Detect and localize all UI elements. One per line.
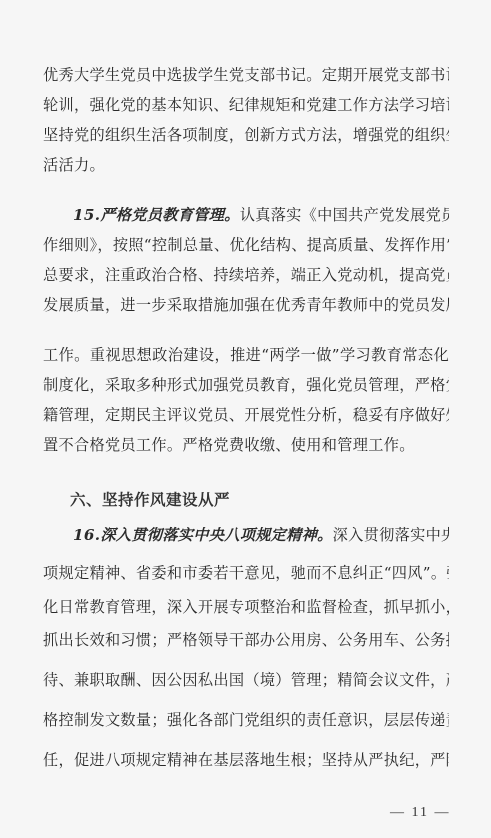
paragraph-line: 优秀大学生党员中选拔学生党支部书记。定期开展党支部书记 — [43, 65, 449, 85]
paragraph-line: 发展质量，进一步采取措施加强在优秀青年教师中的党员发展 — [43, 295, 449, 315]
paragraph-line: 坚持党的组织生活各项制度，创新方式方法，增强党的组织生 — [43, 125, 449, 145]
paragraph-line: 籍管理，定期民主评议党员、开展党性分析，稳妥有序做好处 — [43, 405, 449, 425]
paragraph-line: 工作。重视思想政治建设，推进“两学一做”学习教育常态化 — [43, 345, 449, 365]
item-15-text: 认真落实《中国共产党发展党员工 — [240, 206, 449, 224]
item-16-first-line: 16.深入贯彻落实中央八项规定精神。深入贯彻落实中央八 — [73, 525, 449, 545]
item-16-text: 深入贯彻落实中央八 — [333, 526, 449, 544]
paragraph-line: 制度化，采取多种形式加强党员教育，强化党员管理，严格党 — [43, 375, 449, 395]
paragraph-line: 置不合格党员工作。严格党费收缴、使用和管理工作。 — [43, 435, 449, 455]
page-number: — 11 — — [390, 805, 450, 821]
item-16-title: 16.深入贯彻落实中央八项规定精神。 — [73, 526, 333, 544]
paragraph-line: 待、兼职取酬、因公因私出国（境）管理；精简会议文件，严 — [43, 670, 449, 690]
paragraph-line: 作细则》，按照“控制总量、优化结构、提高质量、发挥作用” — [43, 235, 449, 255]
section-heading: 六、坚持作风建设从严 — [70, 490, 230, 510]
paragraph-line: 化日常教育管理，深入开展专项整治和监督检查，抓早抓小， — [43, 597, 449, 617]
paragraph-line: 总要求，注重政治合格、持续培养，端正入党动机，提高党员 — [43, 265, 449, 285]
paragraph-line: 活活力。 — [43, 155, 449, 175]
document-page: 优秀大学生党员中选拔学生党支部书记。定期开展党支部书记 轮训，强化党的基本知识、… — [0, 0, 491, 838]
item-15-title: 15.严格党员教育管理。 — [73, 206, 240, 224]
paragraph-line: 抓出长效和习惯；严格领导干部办公用房、公务用车、公务接 — [43, 630, 449, 650]
paragraph-line: 项规定精神、省委和市委若干意见，驰而不息纠正“四风”。强 — [43, 563, 449, 583]
item-15-first-line: 15.严格党员教育管理。认真落实《中国共产党发展党员工 — [73, 205, 449, 225]
paragraph-line: 轮训，强化党的基本知识、纪律规矩和党建工作方法学习培训。 — [43, 95, 449, 115]
paragraph-line: 格控制发文数量；强化各部门党组织的责任意识，层层传递责 — [43, 710, 449, 730]
paragraph-line: 任，促进八项规定精神在基层落地生根；坚持从严执纪，严防 — [43, 750, 449, 770]
